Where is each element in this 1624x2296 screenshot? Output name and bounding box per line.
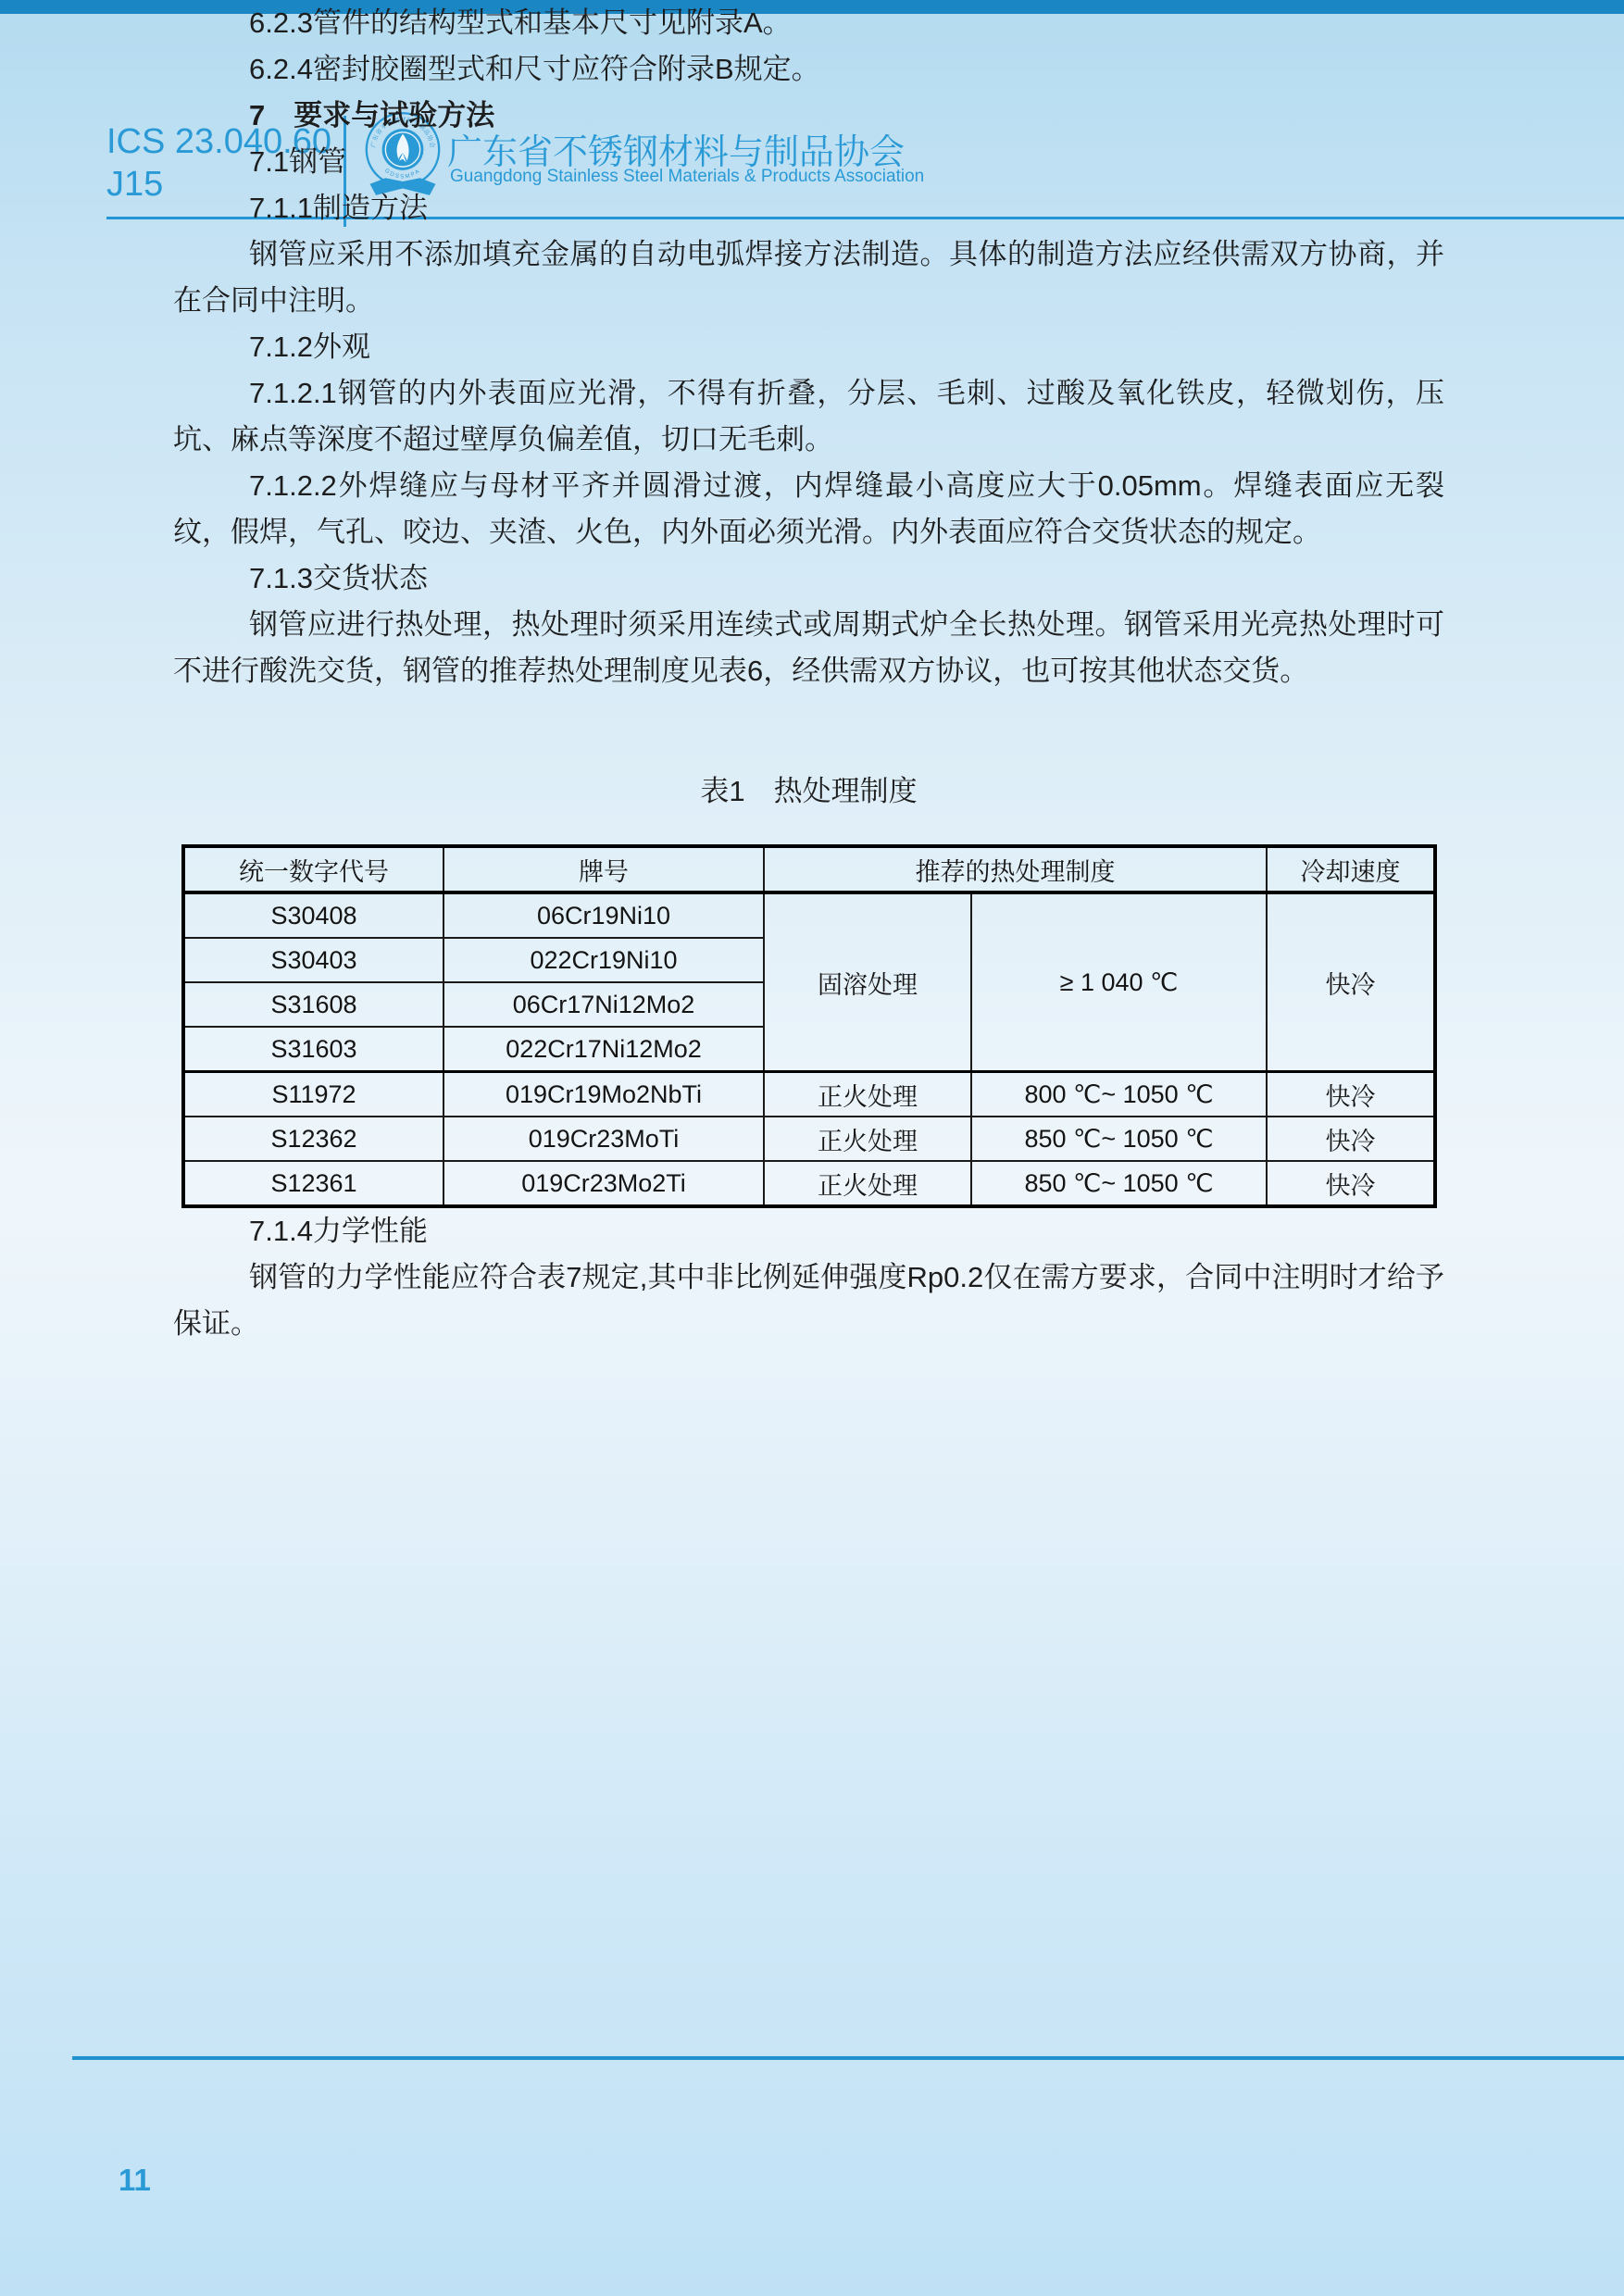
cell-grade: 019Cr23Mo2Ti	[443, 1161, 764, 1206]
para-6-2-3: 6.2.3管件的结构型式和基本尺寸见附录A。	[173, 0, 1444, 46]
cell-code: S30408	[183, 892, 443, 938]
cell-temperature-merged: ≥ 1 040 ℃	[971, 892, 1267, 1072]
cell-process-merged: 固溶处理	[764, 892, 971, 1072]
cell-temperature: 850 ℃~ 1050 ℃	[971, 1161, 1267, 1206]
col-header-grade: 牌号	[443, 846, 764, 892]
para-7-1-2: 7.1.2外观	[173, 324, 1444, 370]
para-6-2-4: 6.2.4密封胶圈型式和尺寸应符合附录B规定。	[173, 46, 1444, 93]
page-number: 11	[119, 2163, 151, 2198]
heat-treatment-table: 统一数字代号 牌号 推荐的热处理制度 冷却速度 S30408 06Cr19Ni1…	[181, 844, 1437, 1208]
cell-grade: 019Cr19Mo2NbTi	[443, 1072, 764, 1117]
footer-rule	[72, 2056, 1624, 2060]
cell-code: S30403	[183, 938, 443, 982]
para-7-1-2-1: 7.1.2.1钢管的内外表面应光滑，不得有折叠，分层、毛刺、过酸及氧化铁皮，轻微…	[173, 370, 1444, 463]
para-7-1-3: 7.1.3交货状态	[173, 555, 1444, 602]
cell-grade: 06Cr19Ni10	[443, 892, 764, 938]
cell-code: S31603	[183, 1027, 443, 1072]
cell-code: S12361	[183, 1161, 443, 1206]
cell-cooling: 快冷	[1267, 1117, 1435, 1161]
para-7-1-1: 7.1.1制造方法	[173, 185, 1444, 231]
cell-grade: 022Cr17Ni12Mo2	[443, 1027, 764, 1072]
col-header-unified-code: 统一数字代号	[183, 846, 443, 892]
section-heading-7: 7 要求与试验方法	[173, 93, 1444, 139]
para-7-1-1-body: 钢管应采用不添加填充金属的自动电弧焊接方法制造。具体的制造方法应经供需双方协商，…	[173, 231, 1444, 324]
para-7-1-4-body: 钢管的力学性能应符合表7规定,其中非比例延伸强度Rp0.2仅在需方要求，合同中注…	[173, 1254, 1444, 1347]
para-7-1: 7.1钢管	[173, 139, 1444, 185]
table-header-row: 统一数字代号 牌号 推荐的热处理制度 冷却速度	[183, 846, 1435, 892]
document-body: 6.2.3管件的结构型式和基本尺寸见附录A。 6.2.4密封胶圈型式和尺寸应符合…	[173, 0, 1444, 1347]
cell-grade: 022Cr19Ni10	[443, 938, 764, 982]
cell-cooling: 快冷	[1267, 1072, 1435, 1117]
cell-process: 正火处理	[764, 1117, 971, 1161]
table-row: S12361 019Cr23Mo2Ti 正火处理 850 ℃~ 1050 ℃ 快…	[183, 1161, 1435, 1206]
cell-process: 正火处理	[764, 1072, 971, 1117]
para-7-1-3-body: 钢管应进行热处理，热处理时须采用连续式或周期式炉全长热处理。钢管采用光亮热处理时…	[173, 602, 1444, 694]
col-header-recommended-treatment: 推荐的热处理制度	[764, 846, 1267, 892]
cell-grade: 019Cr23MoTi	[443, 1117, 764, 1161]
cell-code: S31608	[183, 982, 443, 1027]
table-row: S30408 06Cr19Ni10 固溶处理 ≥ 1 040 ℃ 快冷	[183, 892, 1435, 938]
para-7-1-4: 7.1.4力学性能	[173, 1208, 1444, 1254]
cell-cooling: 快冷	[1267, 1161, 1435, 1206]
table-caption: 表1 热处理制度	[173, 768, 1444, 815]
cell-cooling-merged: 快冷	[1267, 892, 1435, 1072]
cell-grade: 06Cr17Ni12Mo2	[443, 982, 764, 1027]
cell-process: 正火处理	[764, 1161, 971, 1206]
table-row: S12362 019Cr23MoTi 正火处理 850 ℃~ 1050 ℃ 快冷	[183, 1117, 1435, 1161]
para-7-1-2-2: 7.1.2.2外焊缝应与母材平齐并圆滑过渡，内焊缝最小高度应大于0.05mm。焊…	[173, 463, 1444, 555]
table-row: S11972 019Cr19Mo2NbTi 正火处理 800 ℃~ 1050 ℃…	[183, 1072, 1435, 1117]
col-header-cooling-rate: 冷却速度	[1267, 846, 1435, 892]
cell-temperature: 850 ℃~ 1050 ℃	[971, 1117, 1267, 1161]
document-page: ICS 23.040.60 J15 广东省不锈钢材料与制品协会 GDSSMPA …	[0, 0, 1624, 2296]
cell-code: S12362	[183, 1117, 443, 1161]
cell-code: S11972	[183, 1072, 443, 1117]
cell-temperature: 800 ℃~ 1050 ℃	[971, 1072, 1267, 1117]
